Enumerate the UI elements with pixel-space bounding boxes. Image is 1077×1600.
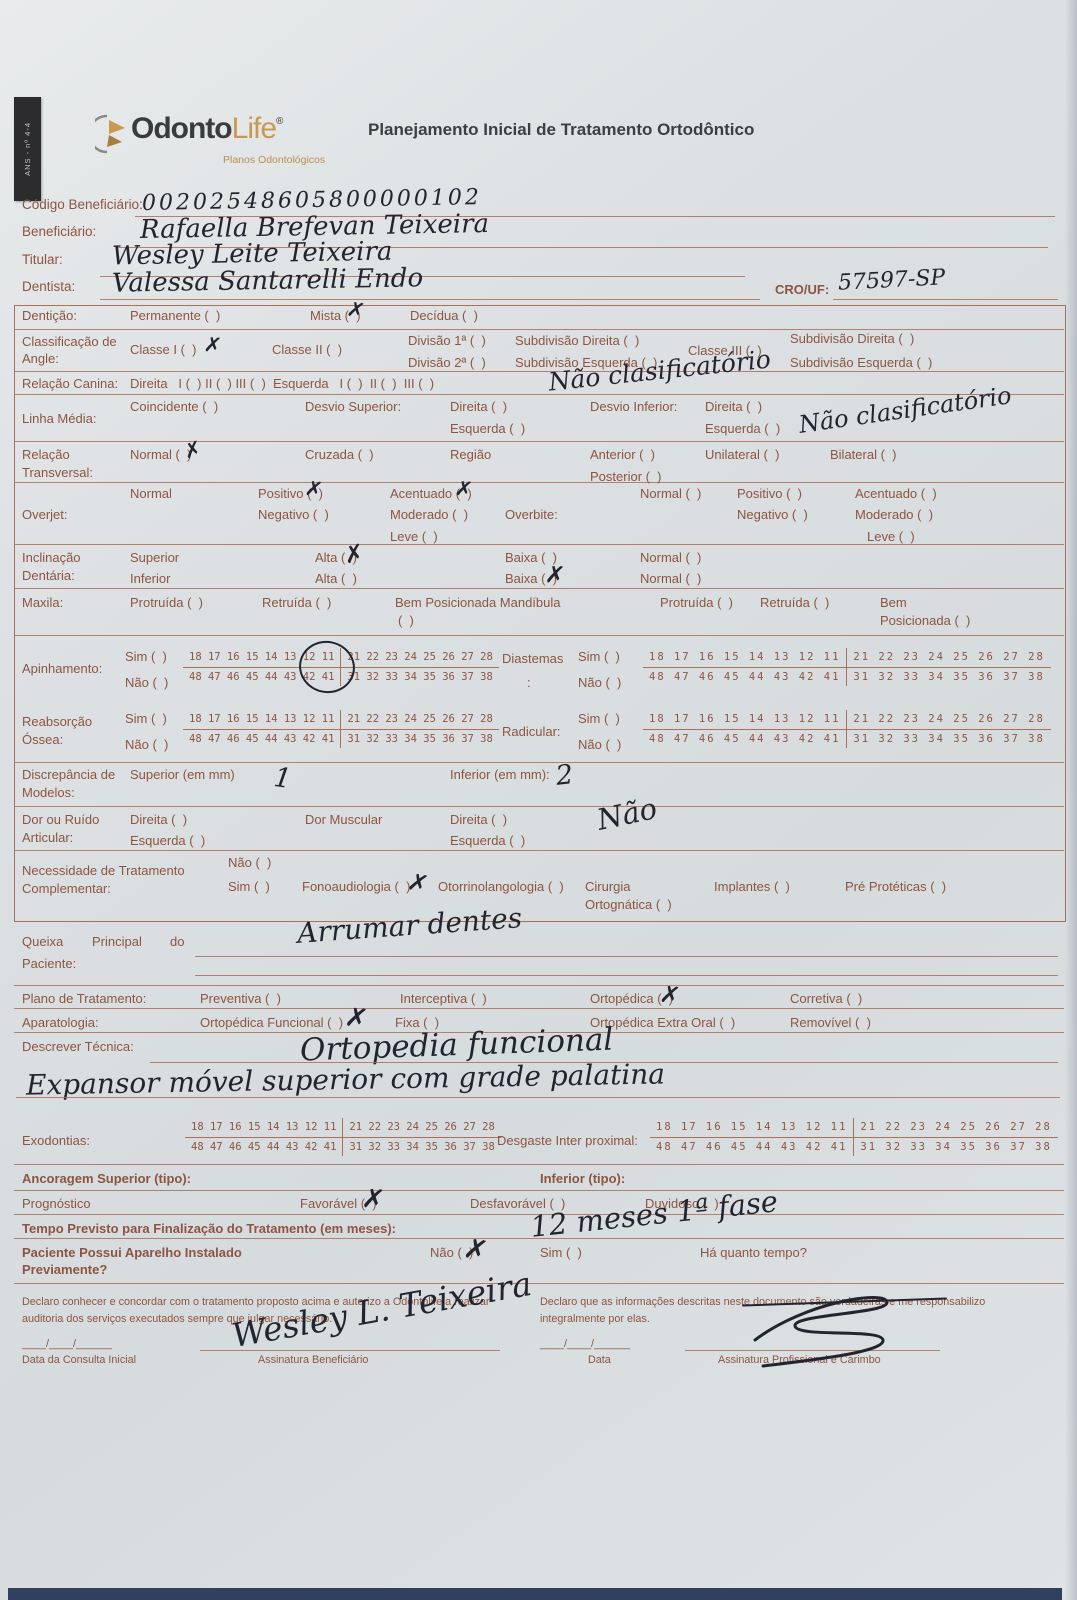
reabsorcao-nao: Não ( ): [125, 738, 168, 753]
teeth-upper-right: 18 17 16 15 14 13 12 11: [183, 710, 341, 729]
teeth-upper-left: 21 22 23 24 25 26 27 28: [341, 710, 498, 729]
overbite-negativo: Negativo ( ): [737, 508, 808, 523]
teeth-lower-left: 31 32 33 34 35 36 37 38: [341, 668, 498, 687]
inclinacao-superior: Superior: [130, 551, 179, 566]
teeth-lower-right: 48 47 46 45 44 43 42 41: [650, 1138, 854, 1157]
dor-muscular-esquerda: Esquerda ( ): [450, 834, 525, 849]
maxila-protruida: Protruída ( ): [130, 596, 203, 611]
overbite-acentuado: Acentuado ( ): [855, 487, 937, 502]
row-line-7: [14, 588, 1064, 589]
desvio-inferior-label: Desvio Inferior:: [590, 400, 677, 415]
dor-muscular-direita: Direita ( ): [450, 813, 507, 828]
plano-label: Plano de Tratamento:: [22, 992, 146, 1007]
inclinacao-sup-alta-x-mark: ✗: [342, 540, 366, 567]
discrepancia-inferior-value: 2: [555, 761, 575, 790]
titular-label: Titular:: [22, 252, 63, 268]
option-interceptiva: Interceptiva ( ): [400, 992, 487, 1007]
tecnica-label: Descrever Técnica:: [22, 1040, 134, 1055]
logo-registered-mark: ®: [276, 116, 283, 127]
paper-right-edge-shadow: [1065, 0, 1077, 1600]
maxila-bem-posicionada-mandibula: Bem Posicionada Mandíbula: [395, 596, 561, 611]
inclinacao-inf-normal: Normal ( ): [640, 572, 701, 587]
option-divisao-2: Divisão 2ª ( ): [408, 356, 486, 371]
ancoragem-superior-label: Ancoragem Superior (tipo):: [22, 1172, 191, 1187]
option-cirurgia: Cirurgia: [585, 880, 631, 895]
option-bilateral: Bilateral ( ): [830, 448, 896, 463]
option-posterior: Posterior ( ): [590, 470, 662, 485]
inclinacao-inferior: Inferior: [130, 572, 170, 587]
teeth-lower-left: 31 32 33 34 35 36 37 38: [847, 668, 1050, 687]
tecnica-underline-2: [16, 1097, 1060, 1098]
queixa-word-2: Principal: [92, 935, 142, 950]
option-decidua: Decídua ( ): [410, 309, 478, 324]
transversal-label-2: Transversal:: [22, 466, 93, 481]
desvio-sup-direita: Direita ( ): [450, 400, 507, 415]
row-line-10: [14, 806, 1064, 807]
dor-label-2: Articular:: [22, 831, 73, 846]
aparelho-label-2: Previamente?: [22, 1263, 107, 1278]
dor-label-1: Dor ou Ruído: [22, 813, 99, 828]
ha-quanto-tempo-label: Há quanto tempo?: [700, 1246, 807, 1261]
overbite-normal: Normal ( ): [640, 487, 701, 502]
aparelho-label-1: Paciente Possui Aparelho Instalado: [22, 1246, 242, 1261]
necessidade-label-2: Complementar:: [22, 882, 111, 897]
ortopedica-x-mark: ✗: [658, 981, 682, 1008]
teeth-lower-left: 31 32 33 34 35 36 37 38: [341, 730, 498, 749]
teeth-chart-desgaste: 18 17 16 15 14 13 12 1121 22 23 24 25 26…: [650, 1118, 1058, 1156]
option-preventiva: Preventiva ( ): [200, 992, 281, 1007]
row-line-8: [14, 635, 1064, 636]
teeth-upper-left: 21 22 23 24 25 26 27 28: [847, 648, 1050, 667]
bottom-navy-strip: [8, 1588, 1062, 1600]
professional-signature: [735, 1288, 905, 1368]
necessidade-nao: Não ( ): [228, 856, 271, 871]
diastemas-colon: :: [527, 676, 531, 691]
angle-label-2: Angle:: [22, 352, 59, 367]
overbite-label: Overbite:: [505, 508, 558, 523]
data-consulta-label: Data da Consulta Inicial: [22, 1354, 136, 1366]
discrepancia-label-2: Modelos:: [22, 786, 75, 801]
option-pre-proteticas: Pré Protéticas ( ): [845, 880, 946, 895]
option-divisao-1: Divisão 1ª ( ): [408, 334, 486, 349]
logo-odonto-text: Odonto: [131, 112, 232, 145]
dor-articular-esquerda: Esquerda ( ): [130, 834, 205, 849]
logo-subtitle: Planos Odontológicos: [223, 154, 325, 166]
radicular-label: Radicular:: [502, 725, 561, 740]
queixa-word-1: Queixa: [22, 935, 63, 950]
dentista-underline: [100, 299, 760, 300]
row-line-4: [14, 441, 1064, 442]
overjet-negativo: Negativo ( ): [258, 508, 329, 523]
teeth-upper-left: 21 22 23 24 25 26 27 28: [341, 648, 498, 667]
maxila-label: Maxila:: [22, 596, 63, 611]
mandibula-protruida: Protruída ( ): [660, 596, 733, 611]
overjet-leve: Leve ( ): [390, 530, 438, 545]
inclinacao-inf-baixa-x-mark: ✗: [544, 562, 567, 588]
tempo-previsto-label: Tempo Previsto para Finalização do Trata…: [22, 1222, 396, 1237]
aparelho-sim: Sim ( ): [540, 1246, 582, 1261]
dor-muscular-label: Dor Muscular: [305, 813, 382, 828]
inclinacao-label-1: Inclinação: [22, 551, 81, 566]
logo-life-text: Life: [232, 112, 276, 145]
aparelho-bottom-line: [14, 1283, 1064, 1284]
desvio-inf-direita: Direita ( ): [705, 400, 762, 415]
overjet-normal: Normal: [130, 487, 172, 502]
teeth-upper-right: 18 17 16 15 14 13 12 11: [643, 710, 847, 729]
cro-uf-label: CRO/UF:: [775, 283, 829, 298]
inclinacao-inf-alta: Alta ( ): [315, 572, 357, 587]
option-corretiva: Corretiva ( ): [790, 992, 862, 1007]
tempo-bottom-line: [14, 1238, 1064, 1239]
ans-label: ANS - nº 4-4: [23, 122, 32, 176]
option-subdivisao-direita-a: Subdivisão Direita ( ): [515, 334, 639, 349]
teeth-lower-right: 48 47 46 45 44 43 42 41: [185, 1138, 343, 1157]
prognostico-label: Prognóstico: [22, 1197, 91, 1212]
necessidade-label-1: Necessidade de Tratamento: [22, 864, 185, 879]
teeth-upper-left: 21 22 23 24 25 26 27 28: [343, 1118, 500, 1137]
reabsorcao-label-2: Óssea:: [22, 733, 63, 748]
teeth-lower-left: 31 32 33 34 35 36 37 38: [343, 1138, 500, 1157]
queixa-underline-1: [195, 956, 1058, 957]
teeth-upper-left: 21 22 23 24 25 26 27 28: [847, 710, 1050, 729]
diastemas-nao: Não ( ): [578, 676, 621, 691]
aparatologia-label: Aparatologia:: [22, 1016, 99, 1031]
teeth-upper-right: 18 17 16 15 14 13 12 11: [643, 648, 847, 667]
dentista-value: Valessa Santarelli Endo: [112, 265, 424, 296]
overbite-leve: Leve ( ): [867, 530, 915, 545]
relacao-canina-label: Relação Canina:: [22, 377, 118, 392]
scanned-form-page: ANS - nº 4-4 OdontoLife® Planos Odontoló…: [0, 0, 1077, 1600]
desvio-inf-esquerda: Esquerda ( ): [705, 422, 780, 437]
mandibula-retruida: Retruída ( ): [760, 596, 829, 611]
overjet-label: Overjet:: [22, 508, 68, 523]
teeth-upper-right: 18 17 16 15 14 13 12 11: [650, 1118, 854, 1137]
option-removivel: Removível ( ): [790, 1016, 871, 1031]
denticao-label: Dentição:: [22, 309, 77, 324]
discrepancia-superior-label: Superior (em mm): [130, 768, 235, 783]
row-line-9: [14, 762, 1064, 763]
page-title: Planejamento Inicial de Tratamento Ortod…: [368, 120, 754, 140]
apinhamento-nao: Não ( ): [125, 676, 168, 691]
desvio-sup-esquerda: Esquerda ( ): [450, 422, 525, 437]
teeth-upper-right: 18 17 16 15 14 13 12 11: [185, 1118, 343, 1137]
maxila-bem-posicionada-parens: ( ): [398, 614, 414, 629]
inclinacao-sup-normal: Normal ( ): [640, 551, 701, 566]
radicular-sim: Sim ( ): [578, 712, 620, 727]
regiao-label: Região: [450, 448, 491, 463]
row-line-11: [14, 850, 1064, 851]
tecnica-handwriting-2: Expansor móvel superior com grade palati…: [26, 1060, 665, 1099]
angle-label-1: Classificação de: [22, 335, 117, 350]
favoravel-x-mark: ✗: [360, 1185, 386, 1215]
mandibula-posicionada: Posicionada ( ): [880, 614, 970, 629]
plano-top-line: [14, 985, 1064, 986]
diastemas-sim: Sim ( ): [578, 650, 620, 665]
option-cruzada: Cruzada ( ): [305, 448, 374, 463]
overbite-moderado: Moderado ( ): [855, 508, 933, 523]
teeth-lower-right: 48 47 46 45 44 43 42 41: [643, 730, 847, 749]
reabsorcao-label-1: Reabsorção: [22, 715, 92, 730]
classe-1-x-mark: ✗: [203, 334, 223, 357]
exodontias-bottom-line: [14, 1164, 1064, 1165]
teeth-lower-left: 31 32 33 34 35 36 37 38: [847, 730, 1050, 749]
teeth-chart-exodontias: 18 17 16 15 14 13 12 1121 22 23 24 25 26…: [185, 1118, 501, 1156]
option-unilateral: Unilateral ( ): [705, 448, 779, 463]
discrepancia-inferior-label: Inferior (em mm):: [450, 768, 550, 783]
teeth-upper-left: 21 22 23 24 25 26 27 28: [854, 1118, 1057, 1137]
radicular-nao: Não ( ): [578, 738, 621, 753]
transversal-label-1: Relação: [22, 448, 70, 463]
overjet-moderado: Moderado ( ): [390, 508, 468, 523]
date-slots-right: ____/____/______: [540, 1338, 630, 1350]
option-permanente: Permanente ( ): [130, 309, 220, 324]
aparelho-nao-x-mark: ✗: [461, 1234, 490, 1266]
option-subdivisao-direita-b: Subdivisão Direita ( ): [790, 332, 914, 347]
plano-bottom-line: [14, 1008, 1064, 1009]
assinatura-beneficiario-label: Assinatura Beneficiário: [258, 1354, 368, 1366]
beneficiario-label: Beneficiário:: [22, 224, 96, 240]
teeth-chart-radicular: 18 17 16 15 14 13 12 1121 22 23 24 25 26…: [643, 710, 1051, 748]
overbite-positivo: Positivo ( ): [737, 487, 802, 502]
codigo-beneficiario-label: Código Beneficiário:: [22, 197, 143, 213]
ancoragem-inferior-label: Inferior (tipo):: [540, 1172, 625, 1187]
row-line-5: [14, 482, 1064, 483]
date-slots-left: ____/____/______: [22, 1338, 112, 1350]
beneficiary-signature: Wesley L. Teixeira: [229, 1267, 534, 1352]
row-line-2: [14, 371, 1064, 372]
discrepancia-label-1: Discrepância de: [22, 768, 115, 783]
option-implantes: Implantes ( ): [714, 880, 790, 895]
dor-articular-direita: Direita ( ): [130, 813, 187, 828]
option-classe-1: Classe I ( ): [130, 343, 196, 358]
relacao-canina-options: Direita I ( ) II ( ) III ( ) Esquerda I …: [130, 377, 434, 392]
apinhamento-label: Apinhamento:: [22, 662, 102, 677]
overjet-positivo-x-mark: ✗: [303, 478, 324, 502]
ancoragem-bottom-line: [14, 1190, 1064, 1191]
desvio-superior-label: Desvio Superior:: [305, 400, 401, 415]
queixa-word-3: do: [170, 935, 184, 950]
dentista-label: Dentista:: [22, 279, 75, 295]
cro-uf-value: 57597-SP: [837, 267, 945, 295]
teeth-chart-reabsorcao: 18 17 16 15 14 13 12 1121 22 23 24 25 26…: [183, 710, 499, 748]
overjet-acentuado-x-mark: ✗: [454, 478, 474, 501]
cro-underline: [833, 299, 1058, 300]
queixa-word-4: Paciente:: [22, 957, 76, 972]
teeth-chart-diastemas: 18 17 16 15 14 13 12 1121 22 23 24 25 26…: [643, 648, 1051, 686]
odontolife-logo-icon: [95, 112, 129, 156]
exodontias-label: Exodontias:: [22, 1134, 90, 1149]
option-subdivisao-esquerda-b: Subdivisão Esquerda ( ): [790, 356, 932, 371]
transversal-normal: Normal ( ): [130, 448, 191, 463]
row-line-1: [14, 329, 1064, 330]
queixa-underline-2: [195, 975, 1058, 976]
inclinacao-label-2: Dentária:: [22, 569, 75, 584]
desgaste-label: Desgaste Inter proximal:: [497, 1134, 638, 1149]
maxila-retruida: Retruída ( ): [262, 596, 331, 611]
linha-media-label: Linha Média:: [22, 412, 96, 427]
option-fonoaudiologia: Fonoaudiologia ( ): [302, 880, 410, 895]
teeth-lower-right: 48 47 46 45 44 43 42 41: [183, 730, 341, 749]
mandibula-bem: Bem: [880, 596, 907, 611]
option-anterior: Anterior ( ): [590, 448, 655, 463]
option-classe-2: Classe II ( ): [272, 343, 342, 358]
option-ortopedica-funcional: Ortopédica Funcional ( ): [200, 1016, 343, 1031]
necessidade-sim: Sim ( ): [228, 880, 270, 895]
option-coincidente: Coincidente ( ): [130, 400, 218, 415]
teeth-lower-right: 48 47 46 45 44 43 42 41: [643, 668, 847, 687]
ans-sticker: ANS - nº 4-4: [14, 97, 41, 201]
apinhamento-sim: Sim ( ): [125, 650, 167, 665]
reabsorcao-sim: Sim ( ): [125, 712, 167, 727]
diastemas-label: Diastemas: [502, 652, 563, 667]
teeth-lower-left: 31 32 33 34 35 36 37 38: [854, 1138, 1057, 1157]
option-otorrinolangologia: Otorrinolangologia ( ): [438, 880, 564, 895]
data-label: Data: [588, 1354, 611, 1366]
option-ortognatica: Ortognática ( ): [585, 898, 672, 913]
